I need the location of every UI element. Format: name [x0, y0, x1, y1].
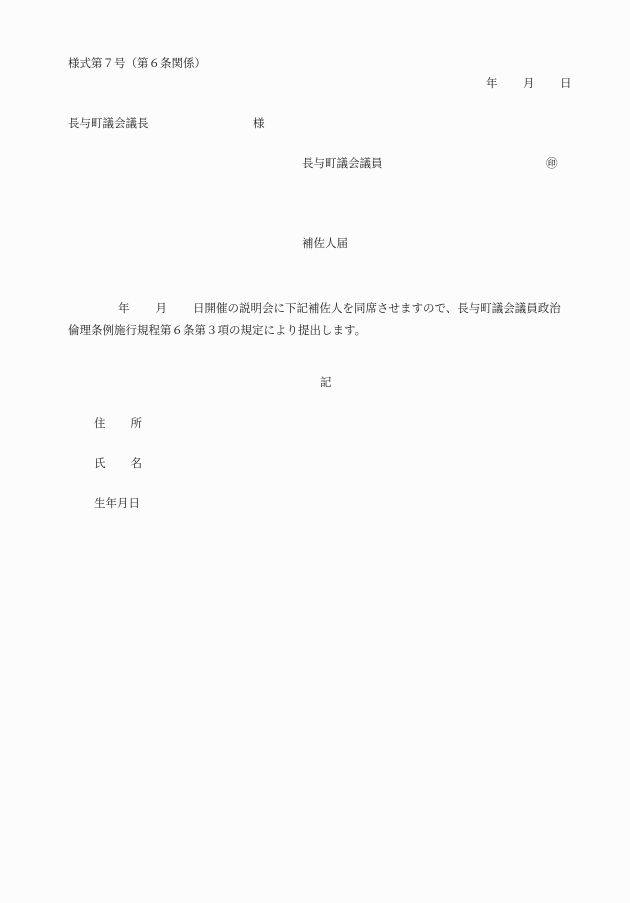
document-title: 補佐人届	[302, 238, 348, 250]
field-name-label-b: 名	[131, 456, 143, 470]
date-year-label: 年	[486, 78, 498, 90]
ki-heading: 記	[320, 377, 332, 389]
date-day-label: 日	[560, 78, 572, 90]
field-address: 住所	[94, 418, 142, 430]
field-date-of-birth: 生年月日	[94, 498, 140, 510]
body-year-label: 年	[118, 301, 130, 315]
date-month-label: 月	[523, 78, 535, 90]
body-paragraph: 年月日開催の説明会に下記補佐人を同席させますので、長与町議会議員政治 倫理条例施…	[68, 297, 588, 341]
field-address-label-b: 所	[131, 416, 143, 430]
body-line-2: 倫理条例施行規程第６条第３項の規定により提出します。	[68, 319, 588, 341]
body-line-1-rest: 日開催の説明会に下記補佐人を同席させますので、長与町議会議員政治	[193, 301, 561, 315]
field-address-label-a: 住	[94, 416, 106, 430]
body-month-label: 月	[156, 301, 168, 315]
sender-title: 長与町議会議員	[302, 158, 383, 170]
field-name: 氏名	[94, 458, 142, 470]
form-number: 様式第７号（第６条関係）	[68, 58, 206, 70]
field-name-label-a: 氏	[94, 456, 106, 470]
addressee-name: 長与町議会議長	[68, 118, 149, 130]
seal-mark: ㊞	[546, 158, 558, 170]
addressee-honorific: 様	[253, 118, 265, 130]
body-line-1: 年月日開催の説明会に下記補佐人を同席させますので、長与町議会議員政治	[68, 297, 588, 319]
